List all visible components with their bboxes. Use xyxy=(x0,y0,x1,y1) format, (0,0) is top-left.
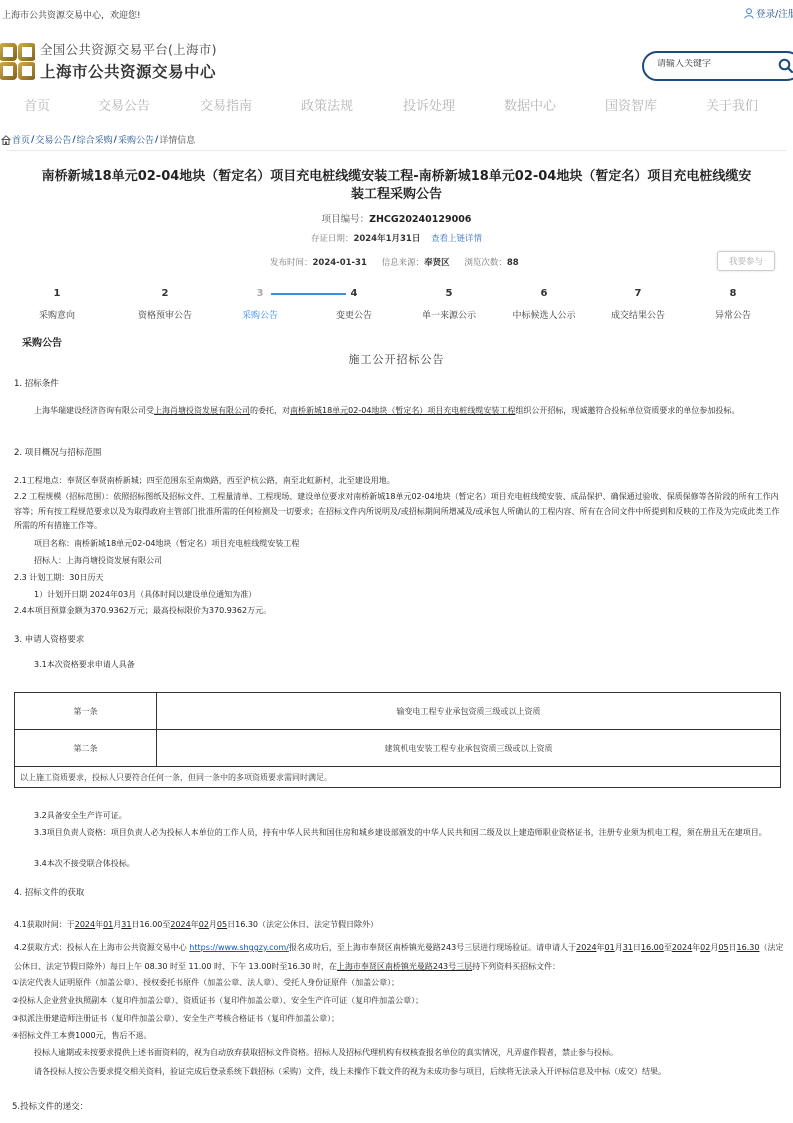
section-5-heading: 5.投标文件的递交： xyxy=(12,1100,88,1114)
source-label: 信息来源： xyxy=(382,258,425,268)
source-value: 奉贤区 xyxy=(424,258,450,268)
section-1-paragraph: 上海华瑞建设经济咨询有限公司受上海肖塘投资发展有限公司的委托，对南桥新城18单元… xyxy=(14,404,780,418)
logo-center-name: 上海市公共资源交易中心 xyxy=(40,60,217,82)
step-number: 7 xyxy=(583,288,693,302)
text: 4.1获取时间：于 xyxy=(14,920,75,929)
nav-data-center[interactable]: 数据中心 xyxy=(504,95,556,114)
nav-trade-notices[interactable]: 交易公告 xyxy=(98,95,150,114)
step-7[interactable]: 7成交结果公告 xyxy=(583,288,693,321)
logo-platform-name: 全国公共资源交易平台(上海市) xyxy=(40,40,217,58)
breadcrumb-procurement-notice[interactable]: 采购公告 xyxy=(118,133,154,146)
step-8[interactable]: 8异常公告 xyxy=(678,288,788,321)
owner-name: 上海肖塘投资发展有限公司 xyxy=(154,406,250,415)
time-part: 16.00 xyxy=(641,943,664,952)
table-cell: 建筑机电安装工程专业承包资质三级或以上资质 xyxy=(157,730,781,767)
text: 持下列资料买招标文件： xyxy=(472,962,560,971)
doc-requirement-1: ①法定代表人证明原件（加盖公章）、授权委托书原件（加盖公章、法人章）、受托人身份… xyxy=(12,976,399,990)
step-number: 2 xyxy=(110,288,220,302)
nav-complaints[interactable]: 投诉处理 xyxy=(403,95,455,114)
main-nav: 首页 交易公告 交易指南 政策法规 投诉处理 数据中心 国资智库 关于我们 xyxy=(0,95,793,119)
nav-about-us[interactable]: 关于我们 xyxy=(706,95,758,114)
divider xyxy=(6,150,786,151)
step-label: 成交结果公告 xyxy=(583,308,693,321)
breadcrumb-current: 详情信息 xyxy=(159,133,195,146)
qualification-table: 第一条 输变电工程专业承包资质三级或以上资质 第二条 建筑机电安装工程专业承包资… xyxy=(14,692,781,788)
text: 4.2获取方式：投标人在上海市公共资源交易中心 xyxy=(14,943,189,952)
step-number: 1 xyxy=(2,288,112,302)
section-2-4: 2.4本项目预算金额为370.9362万元；最高投标限价为370.9362万元。 xyxy=(14,604,271,618)
section-4-2: 4.2获取方式：投标人在上海市公共资源交易中心 https://www.shgg… xyxy=(14,938,784,976)
project-number: 项目编号：ZHCG20240129006 xyxy=(0,211,793,225)
date-part: 02 xyxy=(199,920,209,929)
step-label: 资格预审公告 xyxy=(110,308,220,321)
time-part: 16.30 xyxy=(235,920,258,929)
section-2-1: 2.1工程地点：奉贤区奉贤南桥新城；四至范围东至南焕路，西至沪杭公路，南至北虹新… xyxy=(14,474,780,488)
login-label: 登录/注册 xyxy=(756,6,793,20)
search-box xyxy=(642,51,793,81)
date-part: 31 xyxy=(623,943,633,952)
breadcrumb-trade-notices[interactable]: 交易公告 xyxy=(35,133,71,146)
section-2-3: 2.3 计划工期：30日历天 xyxy=(14,571,103,585)
views-label: 浏览次数： xyxy=(464,258,507,268)
date-part: 2024 xyxy=(672,943,692,952)
section-3-1: 3.1本次资格要求申请人具备 xyxy=(14,658,135,672)
project-number-label: 项目编号： xyxy=(322,214,370,225)
publish-label: 发布时间： xyxy=(270,258,313,268)
agency-text: 上海华瑞建设经济咨询有限公司受 xyxy=(34,406,154,415)
time-part: 16.00 xyxy=(139,920,162,929)
section-3-heading: 3. 申请人资格要求 xyxy=(14,633,84,647)
search-icon[interactable] xyxy=(778,58,793,74)
table-row: 第一条 输变电工程专业承包资质三级或以上资质 xyxy=(15,693,781,730)
view-chain-details-link[interactable]: 查看上链详情 xyxy=(431,234,482,244)
tenderee-line: 招标人：上海肖塘投资发展有限公司 xyxy=(14,554,162,568)
project-number-value: ZHCG20240129006 xyxy=(369,214,471,225)
step-label: 变更公告 xyxy=(299,308,409,321)
breadcrumb: 首页/ 交易公告/ 综合采购/ 采购公告/ 详情信息 xyxy=(1,133,195,146)
date-part: 01 xyxy=(103,920,113,929)
step-label: 异常公告 xyxy=(678,308,788,321)
section-1-heading: 1. 招标条件 xyxy=(14,377,59,391)
step-number: 8 xyxy=(678,288,788,302)
nav-home[interactable]: 首页 xyxy=(24,95,50,114)
certification-info: 存证日期：2024年1月31日 查看上链详情 xyxy=(0,232,793,244)
step-1[interactable]: 1采购意向 xyxy=(2,288,112,321)
breadcrumb-home[interactable]: 首页 xyxy=(12,133,30,146)
logo-mark-icon xyxy=(0,43,35,80)
table-row: 以上施工资质要求，投标人只要符合任何一条，但同一条中的多项资质要求需同时满足。 xyxy=(15,767,781,788)
table-cell: 第一条 xyxy=(15,693,157,730)
step-4[interactable]: 4变更公告 xyxy=(299,288,409,321)
top-bar: 上海市公共资源交易中心，欢迎您! 登录/注册 xyxy=(0,0,793,28)
welcome-text: 上海市公共资源交易中心，欢迎您! xyxy=(2,8,141,21)
user-icon xyxy=(744,8,754,19)
nav-think-tank[interactable]: 国资智库 xyxy=(605,95,657,114)
section-3-3: 3.3项目负责人资格：项目负责人必为投标人本单位的工作人员，持有中华人民共和国住… xyxy=(14,826,780,840)
date-part: 31 xyxy=(121,920,131,929)
time-part: 16.30 xyxy=(737,943,760,952)
address: 上海市奉贤区南桥镇光曼路243号三层 xyxy=(337,962,472,971)
date-part: 2024 xyxy=(576,943,596,952)
join-button[interactable]: 我要参与 xyxy=(717,251,775,271)
text: （法定公休日、法定节假日除外） xyxy=(258,920,378,929)
process-steps: 1采购意向 2资格预审公告 3采购公告 4变更公告 5单一来源公示 6中标候选人… xyxy=(0,288,793,328)
home-icon xyxy=(1,135,11,145)
section-4-note-2: 请各投标人按公告要求提交相关资料，验证完成后登录系统下载招标（采购）文件，线上未… xyxy=(14,1065,784,1079)
text: 的委托，对 xyxy=(250,406,290,415)
registration-url-link[interactable]: https://www.shggzy.com/ xyxy=(189,943,289,952)
section-title: 采购公告 xyxy=(22,334,62,349)
login-link[interactable]: 登录/注册 xyxy=(744,6,793,20)
nav-trade-guide[interactable]: 交易指南 xyxy=(200,95,252,114)
section-2-heading: 2. 项目概况与招标范围 xyxy=(14,446,101,460)
cert-date-value: 2024年1月31日 xyxy=(353,234,420,244)
project-name: 南桥新城18单元02-04地块（暂定名）项目充电桩线缆安装工程 xyxy=(290,406,515,415)
publish-info: 发布时间：2024-01-31 信息来源：奉贤区 浏览次数：88 xyxy=(270,256,531,268)
nav-policies[interactable]: 政策法规 xyxy=(301,95,353,114)
search-input[interactable] xyxy=(657,59,757,69)
table-cell: 输变电工程专业承包资质三级或以上资质 xyxy=(157,693,781,730)
table-row: 第二条 建筑机电安装工程专业承包资质三级或以上资质 xyxy=(15,730,781,767)
step-label: 单一来源公示 xyxy=(394,308,504,321)
date-part: 2024 xyxy=(75,920,95,929)
step-number: 4 xyxy=(299,288,409,302)
step-number: 5 xyxy=(394,288,504,302)
doc-requirement-3: ③拟派注册建造师注册证书（复印件加盖公章）、安全生产考核合格证书（复印件加盖公章… xyxy=(12,1012,339,1026)
step-2[interactable]: 2资格预审公告 xyxy=(110,288,220,321)
step-5[interactable]: 5单一来源公示 xyxy=(394,288,504,321)
doc-requirement-2: ②投标人企业营业执照副本（复印件加盖公章）、资质证书（复印件加盖公章）、安全生产… xyxy=(12,994,423,1008)
text: 报名成功后，至上海市奉贤区南桥镇光曼路243号三层进行现场验证。请申请人于 xyxy=(289,943,576,952)
document-title: 施工公开招标公告 xyxy=(0,351,793,367)
date-part: 05 xyxy=(217,920,227,929)
text: 组织公开招标，现诚邀符合投标单位资质要求的单位参加投标。 xyxy=(515,406,739,415)
doc-requirement-4: ④招标文件工本费1000元，售后不退。 xyxy=(12,1029,152,1043)
section-3-2: 3.2具备安全生产许可证。 xyxy=(14,809,127,823)
date-part: 2024 xyxy=(170,920,190,929)
date-part: 05 xyxy=(718,943,728,952)
breadcrumb-comprehensive-procurement[interactable]: 综合采购 xyxy=(77,133,113,146)
cert-date-label: 存证日期： xyxy=(311,234,354,244)
project-name-line: 项目名称：南桥新城18单元02-04地块（暂定名）项目充电桩线缆安装工程 xyxy=(14,537,299,551)
step-label: 采购意向 xyxy=(2,308,112,321)
date-part: 01 xyxy=(605,943,615,952)
table-note: 以上施工资质要求，投标人只要符合任何一条，但同一条中的多项资质要求需同时满足。 xyxy=(15,767,781,788)
section-3-4: 3.4本次不接受联合体投标。 xyxy=(14,857,135,871)
section-4-1: 4.1获取时间：于2024年01月31日16.00至2024年02月05日16.… xyxy=(14,918,378,932)
announcement-title: 南桥新城18单元02-04地块（暂定名）项目充电桩线缆安装工程-南桥新城18单元… xyxy=(40,168,753,204)
section-4-heading: 4. 招标文件的获取 xyxy=(14,886,84,900)
views-count: 88 xyxy=(507,258,519,268)
date-part: 02 xyxy=(700,943,710,952)
site-logo[interactable]: 全国公共资源交易平台(上海市) 上海市公共资源交易中心 xyxy=(0,40,217,82)
publish-date: 2024-01-31 xyxy=(313,258,367,268)
section-2-2: 2.2 工程规模（招标范围）：依照招标图纸及招标文件、工程量清单、工程现场、建设… xyxy=(14,490,780,534)
section-4-note-1: 投标人逾期或未按要求提供上述书面资料的，视为自动放弃获取招标文件资格。招标人及招… xyxy=(14,1046,780,1060)
table-cell: 第二条 xyxy=(15,730,157,767)
section-2-3-1: 1）计划开日期 2024年03月（具体时间以建设单位通知为准） xyxy=(14,588,256,602)
